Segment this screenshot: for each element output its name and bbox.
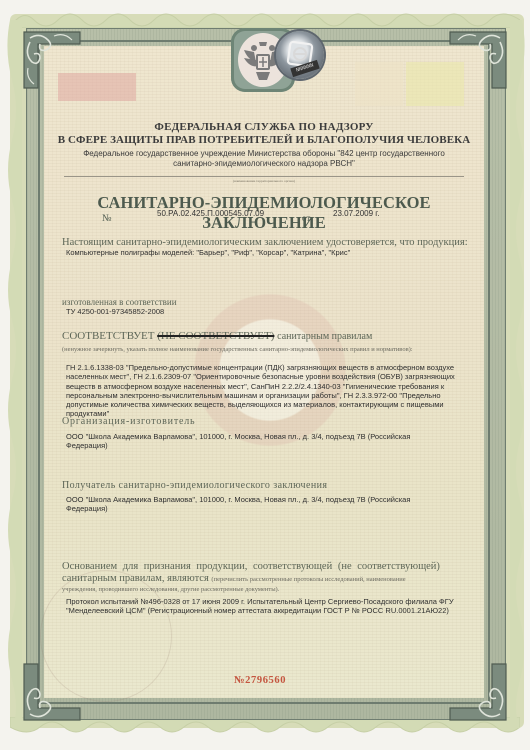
number-label: № — [102, 213, 112, 224]
certifies-text: Настоящим санитарно-эпидемиологическим з… — [62, 237, 472, 248]
ornament-corner-icon — [446, 660, 510, 724]
manufacturer-value: ООО "Школа Академика Варламова", 101000,… — [66, 432, 446, 451]
date-label: от — [302, 213, 310, 223]
security-tint-cream — [355, 62, 403, 106]
institution-line-1: Федеральное государственное учреждение М… — [64, 149, 464, 159]
issuing-institution: Федеральное государственное учреждение М… — [64, 149, 464, 169]
recipient-value: ООО "Школа Академика Варламова", 101000,… — [66, 495, 446, 514]
technical-spec: ТУ 4250-001-97345852-2008 — [66, 307, 164, 316]
divider-caption: (наименование территориального органа) — [64, 179, 464, 183]
agency-name-line-1: ФЕДЕРАЛЬНАЯ СЛУЖБА ПО НАДЗОРУ — [44, 121, 484, 133]
test-protocol: Протокол испытаний №496-0328 от 17 июня … — [66, 597, 476, 616]
wavy-border-left — [4, 20, 22, 728]
made-according-label: изготовленная в соответствии — [62, 297, 177, 307]
divider — [64, 176, 464, 177]
wavy-border-right — [510, 20, 528, 728]
conforms-label: СООТВЕТСТВУЕТ — [62, 330, 154, 342]
form-serial-number: №2796560 — [234, 675, 286, 686]
manufacturer-label: Организация-изготовитель — [62, 416, 195, 427]
wavy-border-bottom — [10, 717, 520, 739]
wavy-border-top — [10, 6, 520, 28]
product-description: Компьютерные полиграфы моделей: "Барьер"… — [66, 248, 476, 257]
recipient-label: Получатель санитарно-эпидемиологического… — [62, 480, 327, 491]
issue-date: 23.07.2009 г. — [333, 209, 379, 218]
basis-statement-line-2: санитарным правилам, являются (перечисли… — [62, 573, 478, 585]
sanitary-norms-list: ГН 2.1.6.1338-03 "Предельно-допустимые к… — [66, 363, 476, 419]
conclusion-number: 50.РА.02.425.П.000545.07.09 — [157, 209, 264, 218]
institution-line-2: санитарно-эпидемиологического надзора РВ… — [64, 159, 464, 169]
basis-statement-line-1: Основанием для признания продукции, соот… — [62, 561, 478, 573]
basis-label: санитарным правилам, являются — [62, 573, 209, 584]
basis-hint-2: учреждения, проводившего исследования, д… — [62, 586, 478, 594]
basis-hint-1: (перечислить рассмотренные протоколы исс… — [211, 576, 405, 583]
ornament-corner-icon — [20, 28, 84, 92]
sanitary-rules-label: санитарным правилам — [277, 331, 372, 342]
ornament-corner-icon — [20, 660, 84, 724]
not-conforms-label-struck: (НЕ СООТВЕТСТВУЕТ) — [157, 330, 274, 342]
ornament-corner-icon — [446, 28, 510, 92]
conformity-hint: (ненужное зачеркнуть, указать полное наи… — [62, 346, 472, 354]
conformity-statement: СООТВЕТСТВУЕТ (НЕ СООТВЕТСТВУЕТ) санитар… — [62, 330, 482, 342]
agency-name-line-2: В СФЕРЕ ЗАЩИТЫ ПРАВ ПОТРЕБИТЕЛЕЙ И БЛАГО… — [44, 134, 484, 146]
